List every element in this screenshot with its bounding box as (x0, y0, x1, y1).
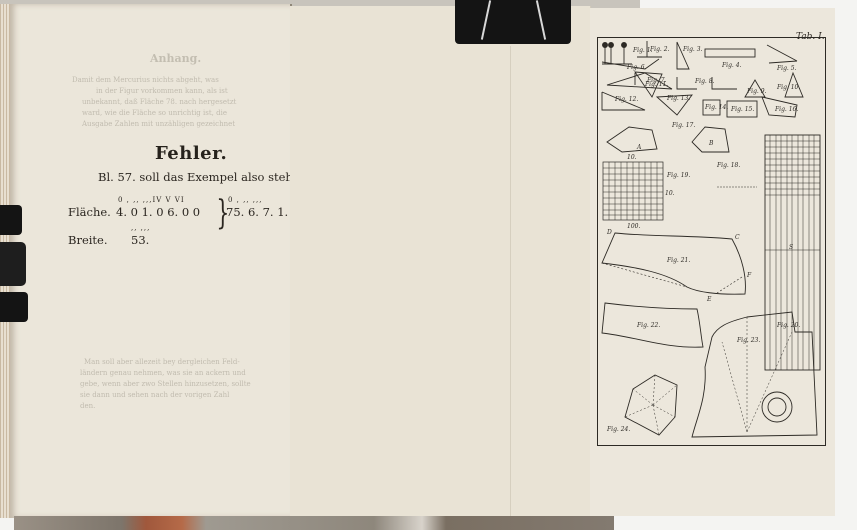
binder-clip-left-lower (0, 292, 28, 322)
bottom-edge-strip (14, 516, 614, 530)
row1-label: Fläche. (68, 205, 111, 219)
binder-clip-top (455, 0, 571, 44)
fig-label: Fig. 8. (694, 78, 715, 85)
row1-superscripts-left: 0 , ,, ,,,IV V VI (118, 196, 185, 204)
point-label-b: B (708, 140, 714, 147)
point-label-s: S (789, 244, 793, 251)
running-head-showthrough: Anhang. (150, 52, 201, 65)
fig-label: Fig. 3. (682, 46, 703, 53)
fig-label: Fig. 4. (721, 62, 742, 69)
fold-crease (510, 46, 511, 516)
fig-label: Fig. 15. (730, 106, 754, 113)
grid-top-label: 10. (627, 154, 637, 161)
grid-side-label: 10. (665, 190, 675, 197)
fig-label: Fig. 11. (644, 81, 668, 88)
showthrough-line: unbekannt, daß Fläche 78. nach hergesetz… (82, 97, 236, 108)
fig-label: Fig. 19. (666, 172, 690, 179)
book-scan: Anhang. Damit dem Mercurius nichts abgeh… (0, 0, 857, 530)
blank-page (290, 6, 591, 518)
fig-label: Fig. 17. (671, 122, 695, 129)
fig-label: Fig. 13. (666, 95, 690, 102)
grid-bottom-label: 100. (627, 223, 640, 230)
geometry-plate: Fig. 1. Fig. 2. Fig. 3. Fig. 4. Fig. 5. … (597, 37, 827, 447)
fig-label: Fig. 9. (746, 88, 767, 95)
fig-label: Fig. 12. (614, 96, 638, 103)
showthrough-line: sie dann und sehen nach der vorigen Zahl (80, 390, 229, 401)
binder-clip-left-upper (0, 205, 22, 235)
fig-label: Fig. 23. (736, 337, 760, 344)
fig-label: Fig. 20. (776, 322, 800, 329)
fig-label: Fig. 6. (626, 64, 647, 71)
row1-superscripts-right: 0 , ,, ,,, (228, 196, 262, 204)
erratum-line: Bl. 57. soll das Exempel also stehen. (98, 170, 311, 184)
point-label-c: C (735, 234, 740, 241)
erratum-heading: Fehler. (155, 143, 227, 164)
point-label-f: F (746, 272, 752, 279)
showthrough-line: Ausgabe Zahlen mit unzähligen gezeichnet (82, 119, 235, 130)
showthrough-line: den. (80, 401, 95, 412)
fig-label: Fig. 16. (774, 106, 798, 113)
fig-label: Fig. 5. (776, 65, 797, 72)
showthrough-line: ländern genau nehmen, was sie an ackern … (80, 368, 246, 379)
fig-label: Fig. 10. (776, 84, 800, 91)
showthrough-line: ward, wie die Fläche so unrichtig ist, d… (82, 108, 227, 119)
point-label-a: A (636, 144, 642, 151)
fig-label: Fig. 24. (606, 426, 630, 433)
binder-clip-left-middle (0, 242, 26, 286)
fig-label: Fig. 14. (704, 104, 728, 111)
row2-superscripts: ,, ,,, (131, 224, 150, 232)
row2-values: 53. (131, 233, 149, 247)
fig-label: Fig. 18. (716, 162, 740, 169)
point-label-d: D (606, 229, 612, 236)
row1-values: 4. 0 1. 0 6. 0 0 (116, 205, 200, 219)
showthrough-line: Man soll aber allezeit bey dergleichen F… (84, 357, 240, 368)
showthrough-line: Damit dem Mercurius nichts abgeht, was (72, 75, 219, 86)
fig-label: Fig. 21. (666, 257, 690, 264)
row2-label: Breite. (68, 233, 108, 247)
fig-label: Fig. 2. (649, 46, 670, 53)
fig-label: Fig. 22. (636, 322, 660, 329)
showthrough-line: in der Figur vorkommen kann, als ist (96, 86, 228, 97)
showthrough-line: gebe, wenn aber zwo Stellen hinzusetzen,… (80, 379, 251, 390)
point-label-e: E (706, 296, 712, 303)
